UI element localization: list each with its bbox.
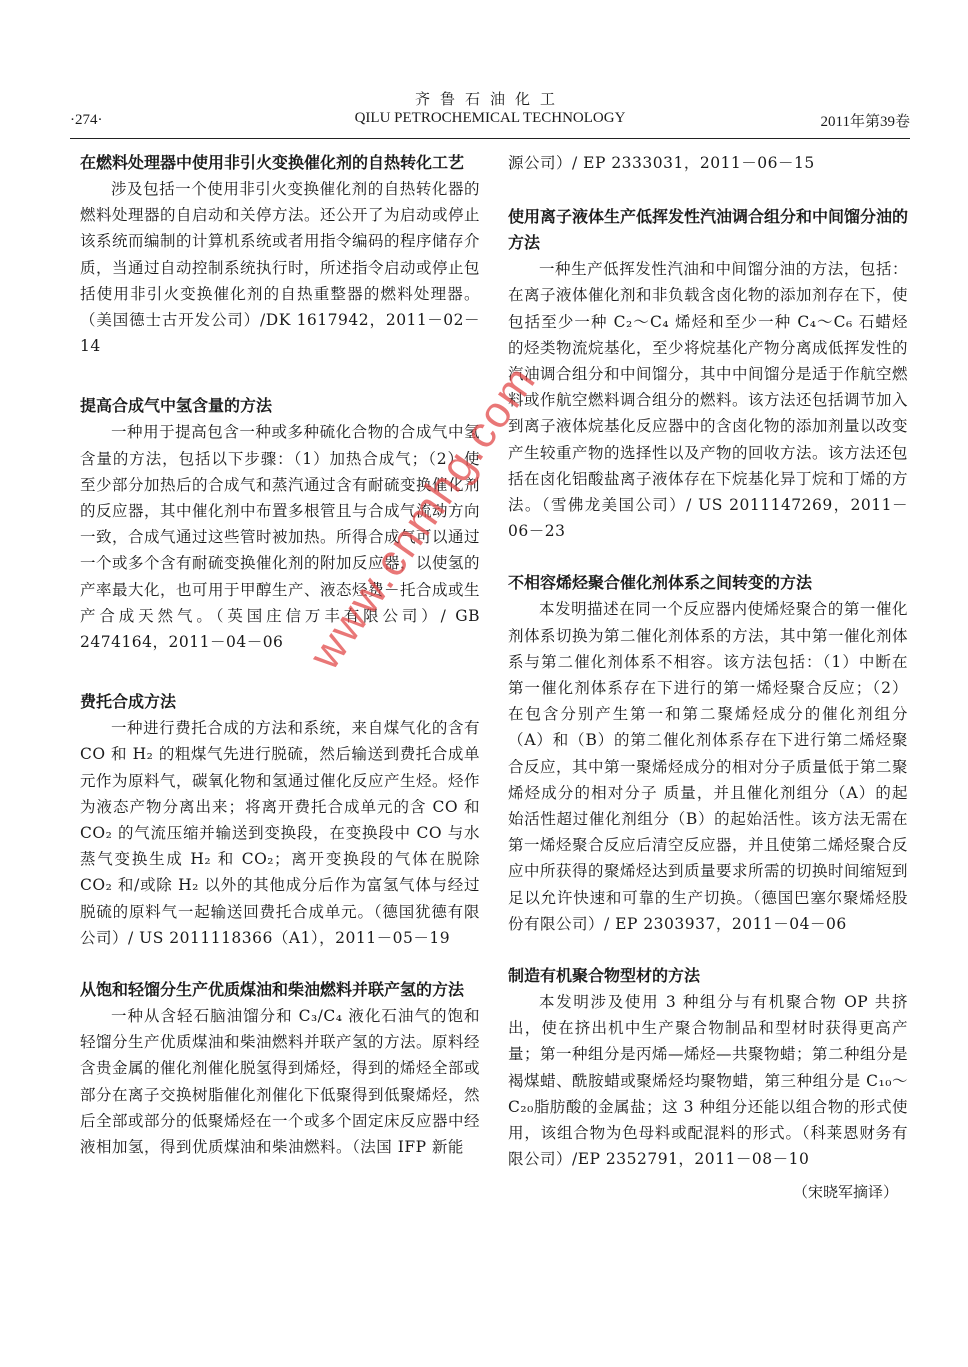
left-column: 在燃料处理器中使用非引火变换催化剂的自热转化工艺 涉及包括一个使用非引火变换催化… (80, 150, 480, 1186)
article-title: 费托合成方法 (80, 689, 480, 715)
article-title: 使用离子液体生产低挥发性汽油调合组分和中间馏分油的方法 (508, 204, 908, 256)
article-body: 一种用于提高包含一种或多种硫化合物的合成气中氢含量的方法，包括以下步骤：（1）加… (80, 419, 480, 655)
article-source: （美国德士古开发公司）/DK 1617942，2011－02－14 (80, 311, 480, 355)
article-source-continued: 源公司）/ EP 2333031，2011－06－15 (508, 150, 908, 176)
article-body: 一种进行费托合成的方法和系统，来自煤气化的含有 CO 和 H₂ 的粗煤气先进行脱… (80, 715, 480, 951)
page-header: 齐鲁石油化工 ·274· QILU PETROCHEMICAL TECHNOLO… (70, 88, 910, 136)
article-body: 一种生产低挥发性汽油和中间馏分油的方法，包括：在离子液体催化剂和非负载含卤化物的… (508, 256, 908, 544)
article-title: 制造有机聚合物型材的方法 (508, 963, 908, 989)
article: 提高合成气中氢含量的方法 一种用于提高包含一种或多种硫化合物的合成气中氢含量的方… (80, 393, 480, 655)
article: 在燃料处理器中使用非引火变换催化剂的自热转化工艺 涉及包括一个使用非引火变换催化… (80, 150, 480, 359)
article: 使用离子液体生产低挥发性汽油调合组分和中间馏分油的方法 一种生产低挥发性汽油和中… (508, 204, 908, 544)
translator-credit: （宋晓军摘译） (508, 1181, 908, 1202)
volume-label: 2011年第39卷 (821, 110, 910, 131)
article: 不相容烯烃聚合催化剂体系之间转变的方法 本发明描述在同一个反应器内使烯烃聚合的第… (508, 570, 908, 937)
article-title: 提高合成气中氢含量的方法 (80, 393, 480, 419)
article-body: 一种从含轻石脑油馏分和 C₃/C₄ 液化石油气的饱和轻馏分生产优质煤油和柴油燃料… (80, 1003, 480, 1160)
article-source: （法国 IFP 新能 (352, 1138, 464, 1156)
article: 从饱和轻馏分生产优质煤油和柴油燃料并联产氢的方法 一种从含轻石脑油馏分和 C₃/… (80, 977, 480, 1160)
article-title: 在燃料处理器中使用非引火变换催化剂的自热转化工艺 (80, 150, 480, 176)
article: 费托合成方法 一种进行费托合成的方法和系统，来自煤气化的含有 CO 和 H₂ 的… (80, 689, 480, 951)
article: 制造有机聚合物型材的方法 本发明涉及使用 3 种组分与有机聚合物 OP 共挤出，… (508, 963, 908, 1201)
article-body: 涉及包括一个使用非引火变换催化剂的自热转化器的燃料处理器的自启动和关停方法。还公… (80, 176, 480, 359)
right-column: 源公司）/ EP 2333031，2011－06－15 使用离子液体生产低挥发性… (508, 150, 908, 1228)
article-body: 本发明描述在同一个反应器内使烯烃聚合的第一催化剂体系切换为第二催化剂体系的方法，… (508, 596, 908, 937)
article-title: 从饱和轻馏分生产优质煤油和柴油燃料并联产氢的方法 (80, 977, 480, 1003)
journal-title-cn: 齐鲁石油化工 (70, 88, 910, 109)
journal-title-en: QILU PETROCHEMICAL TECHNOLOGY (70, 110, 910, 127)
header-divider (70, 138, 910, 139)
article-body: 本发明涉及使用 3 种组分与有机聚合物 OP 共挤出，使在挤出机中生产聚合物制品… (508, 989, 908, 1172)
article-title: 不相容烯烃聚合催化剂体系之间转变的方法 (508, 570, 908, 596)
article-source: （雪佛龙美国公司）/ US 2011147269，2011－06－23 (508, 496, 908, 540)
